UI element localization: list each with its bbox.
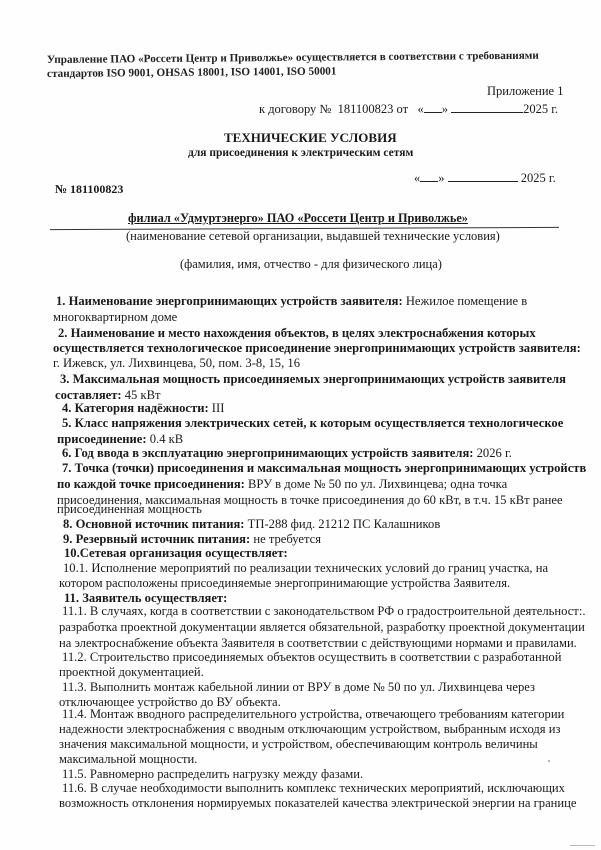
item-8-label: 8. Основной источник питания:	[63, 517, 245, 531]
item-2-value: г. Ижевск, ул. Лихвинцева, 50, пом. 3-8,…	[53, 356, 300, 371]
item-2-label: 2. Наименование и место нахождения объек…	[58, 326, 536, 341]
item-11-6a: 11.6. В случае необходимости выполнить к…	[62, 781, 565, 796]
item-11-1c: на электроснабжение объекта Заявителя в …	[59, 636, 577, 651]
person-caption: (фамилия, имя, отчество - для физическог…	[180, 257, 442, 272]
item-1: 1. Наименование энергопринимающих устрой…	[56, 294, 527, 309]
item-7-cont2: присоединенная мощность	[57, 502, 202, 517]
item-4-label: 4. Категория надёжности:	[62, 401, 209, 415]
document-subtitle: для присоединения к электрическим сетям	[188, 146, 413, 161]
item-11-2a: 11.2. Строительство присоединяемых объек…	[62, 650, 561, 665]
item-11-4c: значения максимальной мощности, и устрой…	[59, 737, 538, 752]
item-7-value: ВРУ в доме № 50 по ул. Лихвинцева; одна …	[245, 477, 507, 491]
contract-year: 2025 г.	[523, 102, 558, 116]
appendix-label: Приложение 1	[487, 84, 563, 99]
item-11-4d: максимальной мощности.	[59, 752, 197, 767]
document-year: 2025 г.	[521, 171, 556, 185]
item-9-value: не требуется	[250, 532, 321, 546]
item-5-label2: присоединение:	[57, 432, 147, 446]
contract-from: от	[397, 102, 409, 116]
item-11-4b: надежности электроснабжения с вводным от…	[59, 722, 560, 737]
document-title: ТЕХНИЧЕСКИЕ УСЛОВИЯ	[224, 130, 397, 145]
item-2-label2: осуществляется технологическое присоедин…	[53, 341, 581, 356]
month-blank	[448, 170, 518, 182]
organization-name: филиал «Удмуртэнерго» ПАО «Россети Центр…	[128, 211, 468, 226]
document-number: № 181100823	[55, 182, 123, 197]
contract-reference: к договору № 181100823 от «» 2025 г.	[259, 101, 558, 117]
item-5-label: 5. Класс напряжения электрических сетей,…	[62, 416, 563, 431]
item-5: присоединение: 0.4 кВ	[57, 432, 183, 447]
item-7-label2: по каждой точке присоединения:	[57, 477, 245, 491]
item-8-value: ТП-288 фид. 21212 ПС Калашников	[245, 517, 441, 531]
item-11-6b: возможность отклонения нормируемых показ…	[59, 796, 576, 811]
organization-caption: (наименование сетевой организации, выдав…	[126, 229, 500, 244]
item-7-label: 7. Точка (точки) присоединения и максима…	[62, 461, 586, 476]
item-3-label2: составляет:	[55, 388, 122, 402]
item-6-label: 6. Год ввода в эксплуатацию энергоприним…	[62, 446, 473, 460]
item-3-value: 45 кВт	[122, 388, 161, 402]
item-4-value: III	[209, 401, 225, 415]
item-1-label: 1. Наименование энергопринимающих устрой…	[56, 294, 403, 308]
item-10-1a: 10.1. Исполнение мероприятий по реализац…	[63, 561, 548, 576]
item-11-2b: проектной документацией.	[59, 665, 204, 680]
item-1-value: Нежилое помещение в	[403, 294, 528, 308]
item-11-3a: 11.3. Выполнить монтаж кабельной линии о…	[62, 680, 535, 695]
item-11-1b: разработка проектной документации являет…	[59, 620, 585, 635]
scan-mark	[570, 845, 595, 846]
item-9-label: 9. Резервный источник питания:	[63, 532, 250, 546]
contract-prefix: к договору №	[259, 102, 331, 116]
day-blank	[420, 170, 438, 182]
item-6: 6. Год ввода в эксплуатацию энергоприним…	[62, 446, 512, 461]
day-blank	[424, 101, 442, 113]
item-9: 9. Резервный источник питания: не требуе…	[63, 532, 321, 547]
item-8: 8. Основной источник питания: ТП-288 фид…	[63, 517, 440, 532]
item-4: 4. Категория надёжности: III	[62, 401, 224, 416]
iso-statement-line2: стандартов ISO 9001, OHSAS 18001, ISO 14…	[47, 64, 337, 82]
month-blank	[451, 101, 523, 113]
item-10-1b: котором расположены присоединяемые энерг…	[59, 576, 510, 591]
item-3-label: 3. Максимальная мощность присоединяемых …	[60, 372, 566, 387]
scan-speck	[292, 108, 294, 110]
item-11-1a: 11.1. В случаях, когда в соответствии с …	[62, 604, 585, 619]
scan-speck	[548, 760, 550, 762]
item-7: по каждой точке присоединения: ВРУ в дом…	[57, 477, 507, 492]
document-date: «» 2025 г.	[414, 170, 556, 186]
quote-close: »	[442, 102, 448, 116]
item-11-5: 11.5. Равномерно распределить нагрузку м…	[62, 767, 363, 782]
item-10-label: 10.Сетевая организация осуществляет:	[64, 546, 288, 561]
quote-close: »	[438, 171, 444, 185]
item-1-cont: многоквартирном доме	[53, 310, 177, 325]
contract-number: 181100823	[338, 102, 394, 116]
item-11-4a: 11.4. Монтаж вводного распределительного…	[62, 707, 564, 722]
item-6-value: 2026 г.	[473, 446, 511, 460]
document-page: Управление ПАО «Россети Центр и Приволжь…	[0, 0, 601, 850]
item-5-value: 0.4 кВ	[147, 432, 184, 446]
